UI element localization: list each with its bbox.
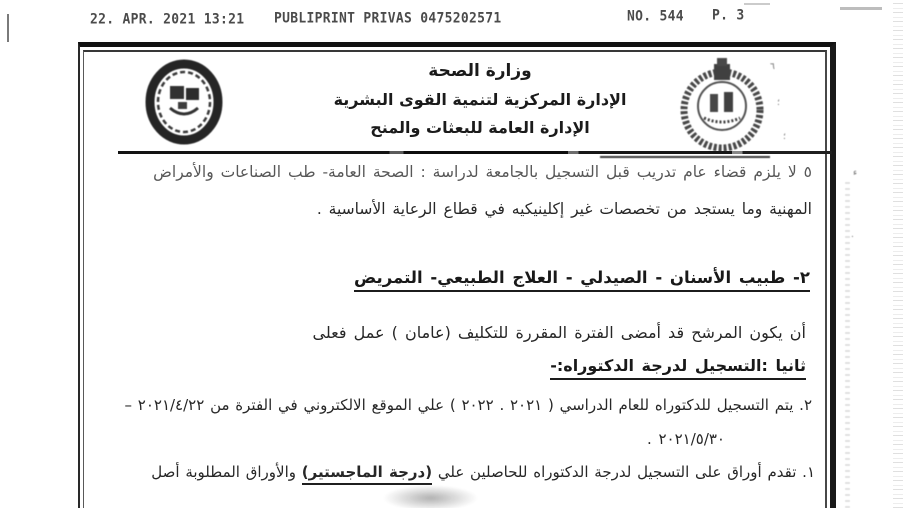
general-administration-title: الإدارة العامة للبعثات والمنح bbox=[318, 114, 642, 142]
letterhead-separator-line-2 bbox=[600, 156, 770, 158]
fax-doc-number: NO. 544 bbox=[627, 8, 684, 25]
item-phd-registration-dates-line1: ٢. يتم التسجيل للدكتوراه للعام الدراسي (… bbox=[125, 396, 813, 414]
scan-speck: . bbox=[851, 230, 854, 240]
scanner-streak bbox=[845, 180, 850, 508]
letterhead: وزارة الصحة الإدارة المركزية لتنمية القو… bbox=[318, 57, 642, 142]
fax-document-page: 22. APR. 2021 13:21 PUBLIPRINT PRIVAS 04… bbox=[0, 0, 903, 508]
central-administration-title: الإدارة المركزية لتنمية القوى البشرية bbox=[318, 86, 642, 114]
item-phd-papers: ١. تقدم أوراق على التسجيل لدرجة الدكتورا… bbox=[151, 463, 815, 481]
scan-speck: ء bbox=[853, 168, 857, 178]
letterhead-separator-line bbox=[118, 151, 832, 154]
scanner-edge-noise bbox=[893, 0, 903, 508]
fax-page-number: P. 3 bbox=[712, 7, 745, 24]
item-phd-papers-suffix: والأوراق المطلوبة أصل bbox=[151, 463, 301, 481]
heading-phd-registration: ثانيا :التسجيل لدرجة الدكتوراه:- bbox=[550, 356, 806, 380]
scan-dash-mark bbox=[840, 7, 882, 10]
paragraph-exemption-line1: ٥ لا يلزم قضاء عام تدريب قبل التسجيل بال… bbox=[153, 163, 812, 181]
ministry-title: وزارة الصحة bbox=[318, 57, 642, 86]
ministry-of-health-emblem-icon bbox=[670, 56, 774, 154]
scan-dash-mark bbox=[744, 3, 770, 5]
paragraph-exemption-line2: المهنية وما يستجد من تخصصات غير إكلينيكي… bbox=[317, 200, 812, 218]
fax-timestamp: 22. APR. 2021 13:21 bbox=[90, 11, 244, 28]
scan-edge-tick bbox=[7, 14, 9, 42]
item-phd-papers-masters-degree: (درجة الماجستير) bbox=[302, 463, 432, 485]
heading-specialties: ٢- طبيب الأسنان - الصيدلي - العلاج الطبي… bbox=[354, 268, 810, 292]
fax-sender: PUBLIPRINT PRIVAS 0475202571 bbox=[274, 10, 502, 27]
item-phd-registration-dates-line2: ٢٠٢١/٥/٣٠ . bbox=[647, 430, 725, 448]
item-phd-papers-prefix: ١. تقدم أوراق على التسجيل لدرجة الدكتورا… bbox=[432, 463, 815, 481]
stamp-smudge bbox=[383, 485, 478, 508]
round-ink-seal-icon bbox=[142, 58, 226, 146]
paragraph-condition: أن يكون المرشح قد أمضى الفترة المقررة لل… bbox=[313, 323, 806, 342]
